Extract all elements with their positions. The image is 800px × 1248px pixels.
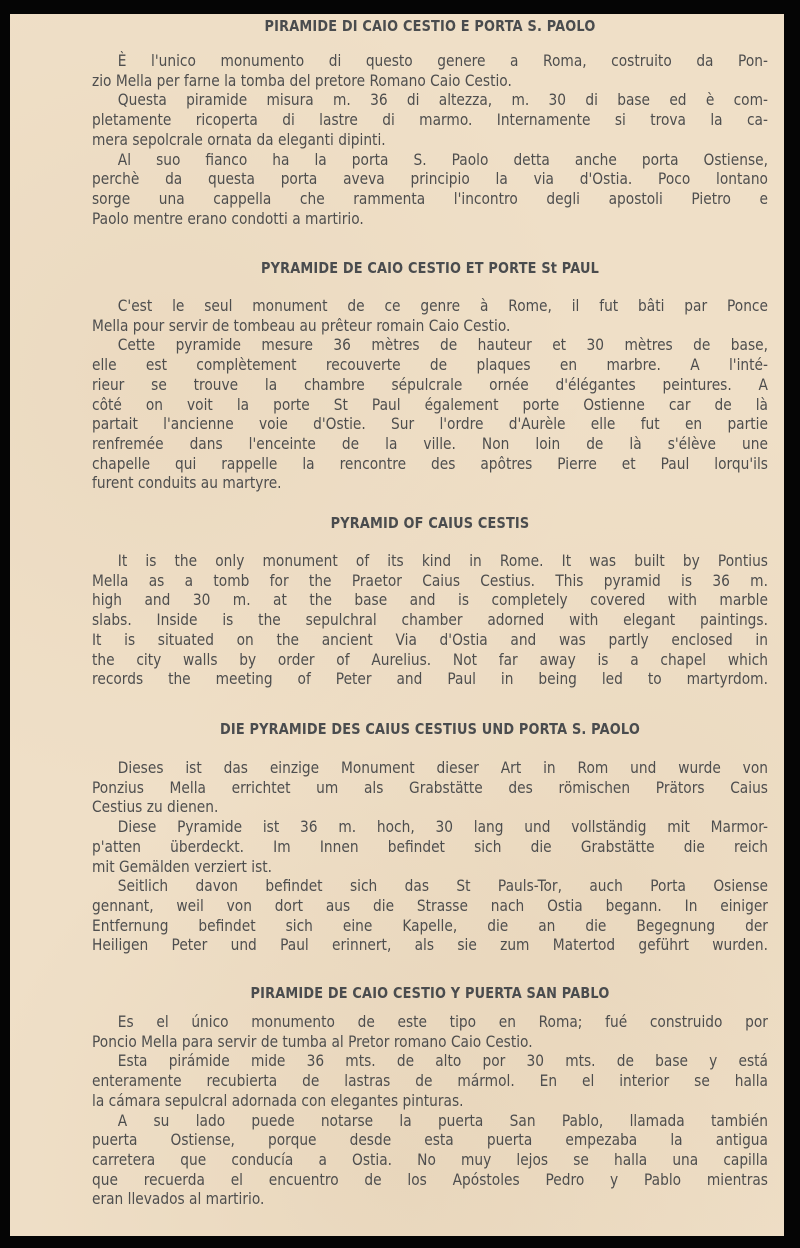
section-title-german: DIE PYRAMIDE DES CAIUS CESTIUS UND PORTA… [139,720,720,738]
text-line: records the meeting of Peter and Paul in… [92,669,768,689]
text-line: sorge una cappella che rammenta l'incont… [92,189,768,209]
text-line: Ponzius Mella errichtet um als Grabstätt… [92,778,768,798]
text-line: p'atten überdeckt. Im Innen befindet sic… [92,837,768,857]
text-line: mit Gemälden verziert ist. [92,857,768,877]
text-line: gennant, weil von dort aus die Strasse n… [92,896,768,916]
text-line: la cámara sepulcral adornada con elegant… [92,1091,768,1111]
section-body-italian: È l'unico monumento di questo genere a R… [92,51,768,228]
text-line: A su lado puede notarse la puerta San Pa… [92,1111,768,1131]
text-line: zio Mella per farne la tomba del pretore… [92,71,768,91]
text-line: Entfernung befindet sich eine Kapelle, d… [92,916,768,936]
text-line: Diese Pyramide ist 36 m. hoch, 30 lang u… [92,817,768,837]
text-line: pletamente ricoperta di lastre di marmo.… [92,110,768,130]
text-line: It is situated on the ancient Via d'Osti… [92,630,768,650]
text-line: C'est le seul monument de ce genre à Rom… [92,296,768,316]
text-line: que recuerda el encuentro de los Apóstol… [92,1170,768,1190]
section-title-spanish: PIRAMIDE DE CAIO CESTIO Y PUERTA SAN PAB… [139,984,720,1002]
text-line: Es el único monumento de este tipo en Ro… [92,1012,768,1032]
text-line: Cette pyramide mesure 36 mètres de haute… [92,335,768,355]
text-line: eran llevados al martirio. [92,1189,768,1209]
text-line: Seitlich davon befindet sich das St Paul… [92,876,768,896]
text-line: perchè da questa porta aveva principio l… [92,169,768,189]
text-line: Esta pirámide mide 36 mts. de alto por 3… [92,1051,768,1071]
text-line: Mella pour servir de tombeau au prêteur … [92,316,768,336]
text-line: Poncio Mella para servir de tumba al Pre… [92,1032,768,1052]
section-title-french: PYRAMIDE DE CAIO CESTIO ET PORTE St PAUL [139,259,720,277]
text-line: high and 30 m. at the base and is comple… [92,590,768,610]
text-line: Cestius zu dienen. [92,797,768,817]
text-line: Paolo mentre erano condotti a martirio. [92,209,768,229]
text-line: the city walls by order of Aurelius. Not… [92,650,768,670]
text-line: furent conduits au martyre. [92,473,768,493]
section-title-english: PYRAMID OF CAIUS CESTIS [139,514,720,532]
section-body-spanish: Es el único monumento de este tipo en Ro… [92,1012,768,1209]
text-line: It is the only monument of its kind in R… [92,551,768,571]
section-body-french: C'est le seul monument de ce genre à Rom… [92,296,768,493]
text-line: côté on voit la porte St Paul également … [92,395,768,415]
text-line: Heiligen Peter und Paul erinnert, als si… [92,935,768,955]
section-body-german: Dieses ist das einzige Monument dieser A… [92,758,768,955]
text-line: chapelle qui rappelle la rencontre des a… [92,454,768,474]
text-line: Questa piramide misura m. 36 di altezza,… [92,90,768,110]
text-line: renfremée dans l'enceinte de la ville. N… [92,434,768,454]
text-line: Mella as a tomb for the Praetor Caius Ce… [92,571,768,591]
text-line: slabs. Inside is the sepulchral chamber … [92,610,768,630]
text-line: Dieses ist das einzige Monument dieser A… [92,758,768,778]
section-title-italian: PIRAMIDE DI CAIO CESTIO E PORTA S. PAOLO [139,17,720,35]
text-line: enteramente recubierta de lastras de már… [92,1071,768,1091]
text-line: È l'unico monumento di questo genere a R… [92,51,768,71]
text-line: Al suo fianco ha la porta S. Paolo detta… [92,150,768,170]
text-line: partait l'ancienne voie d'Ostie. Sur l'o… [92,414,768,434]
section-body-english: It is the only monument of its kind in R… [92,551,768,689]
text-line: elle est complètement recouverte de plaq… [92,355,768,375]
text-line: mera sepolcrale ornata da eleganti dipin… [92,130,768,150]
text-line: carretera que conducía a Ostia. No muy l… [92,1150,768,1170]
text-line: puerta Ostiense, porque desde esta puert… [92,1130,768,1150]
postcard-back: PIRAMIDE DI CAIO CESTIO E PORTA S. PAOLO… [10,14,784,1236]
text-line: rieur se trouve la chambre sépulcrale or… [92,375,768,395]
